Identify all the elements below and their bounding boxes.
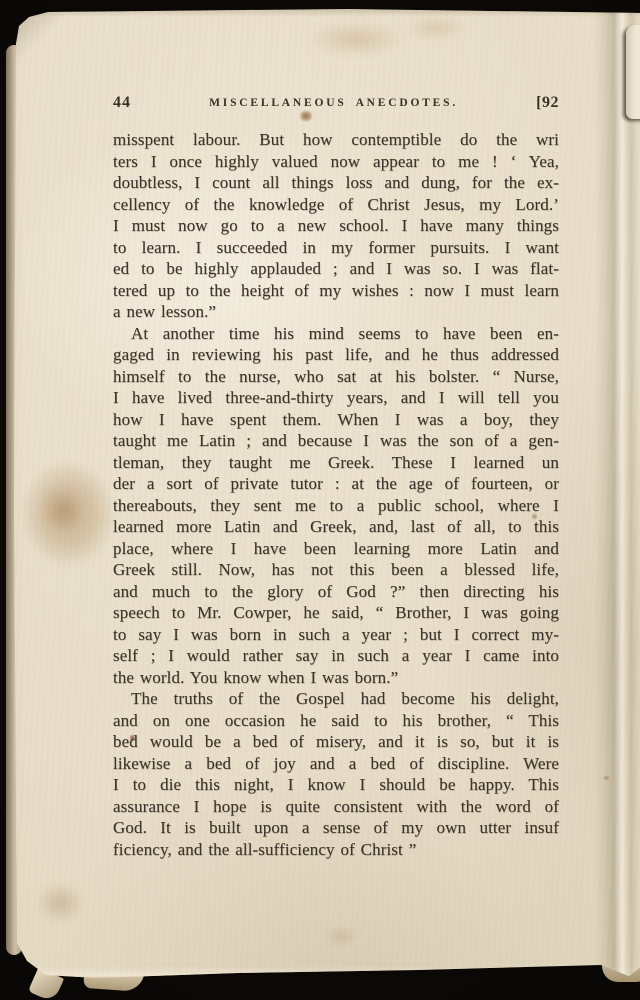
text-line: a new lesson.” <box>113 301 559 323</box>
text-line: self ; I would rather say in such a year… <box>113 645 559 667</box>
text-line: place, where I have been learning more L… <box>113 538 559 560</box>
stain <box>40 486 84 534</box>
text-line: tleman, they taught me Greek. These I le… <box>113 452 559 474</box>
text-line: the world. You know when I was born.” <box>113 667 559 689</box>
text-line: At another time his mind seems to have b… <box>113 323 559 345</box>
stain <box>36 882 84 924</box>
running-title: MISCELLANEOUS ANECDOTES. <box>131 97 536 109</box>
text-line: likewise a bed of joy and a bed of disci… <box>113 753 559 775</box>
text-line: ters I once highly valued now appear to … <box>113 151 559 173</box>
text-line: ficiency, and the all-sufficiency of Chr… <box>113 839 559 861</box>
book-page: 44 MISCELLANEOUS ANECDOTES. [92 misspent… <box>8 8 640 980</box>
text-line: der a sort of private tutor : at the age… <box>113 473 559 495</box>
text-line: and much to the glory of God ?” then dir… <box>113 581 559 603</box>
text-line: doubtless, I count all things loss and d… <box>113 172 559 194</box>
page-header: 44 MISCELLANEOUS ANECDOTES. [92 <box>113 94 559 111</box>
stain <box>20 460 116 568</box>
text-line: to learn. I succeeded in my former pursu… <box>113 237 559 259</box>
stain <box>308 22 404 56</box>
text-line: learned more Latin and Greek, and, last … <box>113 516 559 538</box>
text-line: how I have spent them. When I was a boy,… <box>113 409 559 431</box>
page-number: 44 <box>113 94 131 112</box>
text-line: speech to Mr. Cowper, he said, “ Brother… <box>113 602 559 624</box>
text-line: bed would be a bed of misery, and it is … <box>113 731 559 753</box>
leaf-number: [92 <box>536 94 559 112</box>
next-leaf-corner <box>626 25 640 119</box>
text-line: misspent labour. But how contemptible do… <box>113 129 559 151</box>
text-line: himself to the nurse, who sat at his bol… <box>113 366 559 388</box>
text-line: God. It is built upon a sense of my own … <box>113 817 559 839</box>
text-line: Greek still. Now, has not this been a bl… <box>113 559 559 581</box>
text-line: I must now go to a new school. I have ma… <box>113 215 559 237</box>
text-line: and on one occasion he said to his broth… <box>113 710 559 732</box>
body-text: misspent labour. But how contemptible do… <box>113 129 559 860</box>
corner-fold-shading <box>10 10 62 66</box>
text-line: ed to be highly applauded ; and I was so… <box>113 258 559 280</box>
text-line: cellency of the knowledge of Christ Jesu… <box>113 194 559 216</box>
page-content: 44 MISCELLANEOUS ANECDOTES. [92 misspent… <box>113 94 559 860</box>
stain <box>604 776 609 780</box>
text-line: I have lived three-and-thirty years, and… <box>113 387 559 409</box>
text-line: tered up to the height of my wishes : no… <box>113 280 559 302</box>
text-line: assurance I hope is quite consistent wit… <box>113 796 559 818</box>
text-line: I to die this night, I know I should be … <box>113 774 559 796</box>
text-line: taught me Latin ; and because I was the … <box>113 430 559 452</box>
text-line: to say I was born in such a year ; but I… <box>113 624 559 646</box>
text-line: The truths of the Gospel had become his … <box>113 688 559 710</box>
text-line: gaged in reviewing his past life, and he… <box>113 344 559 366</box>
stain <box>404 16 468 40</box>
stain <box>324 926 358 946</box>
book-photo: 44 MISCELLANEOUS ANECDOTES. [92 misspent… <box>0 0 640 1000</box>
text-line: thereabouts, they sent me to a public sc… <box>113 495 559 517</box>
